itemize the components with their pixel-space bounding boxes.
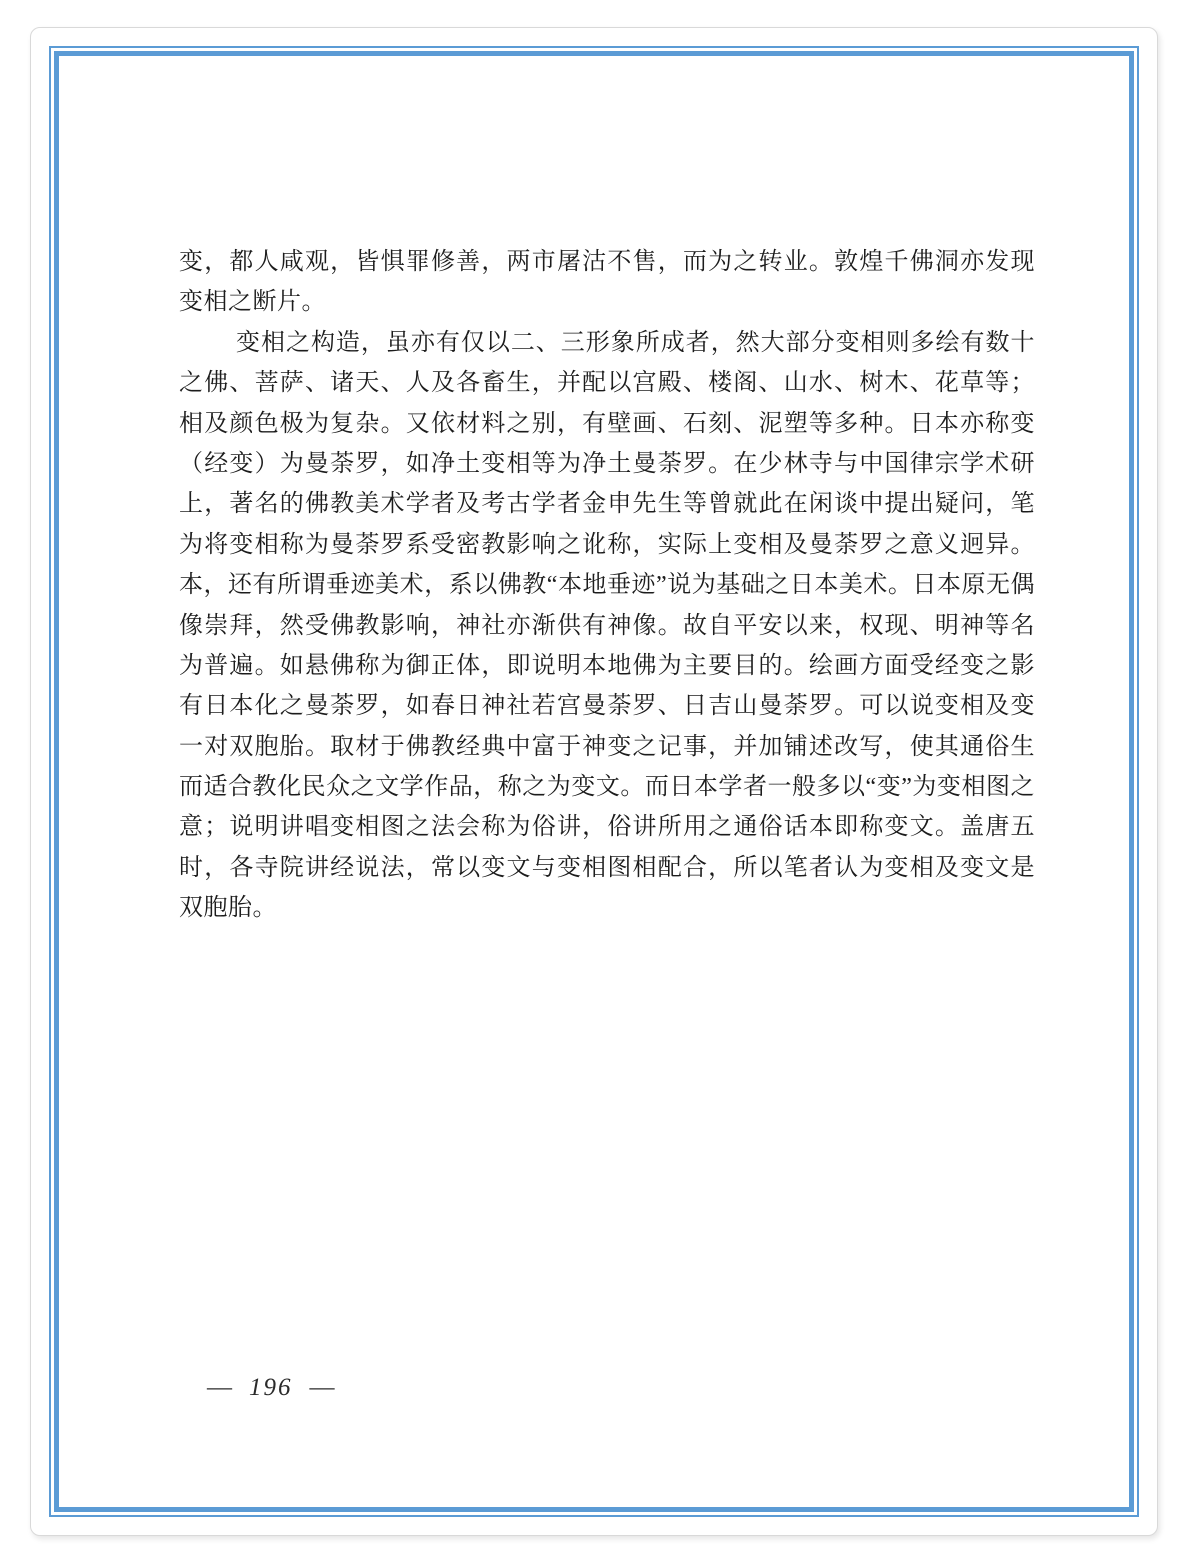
text-line: 相及颜色极为复杂。又依材料之别，有壁画、石刻、泥塑等多种。日本亦称变相 bbox=[179, 404, 1035, 444]
book-page: 变，都人咸观，皆惧罪修善，两市屠沽不售，而为之转业。敦煌千佛洞亦发现此种变相之断… bbox=[30, 27, 1158, 1536]
text-line: 本，还有所谓垂迹美术，系以佛教“本地垂迹”说为基础之日本美术。日本原无偶 bbox=[179, 565, 1035, 605]
footer-dash-left: — bbox=[207, 1374, 232, 1402]
text-line: 之佛、菩萨、诸天、人及各畜生，并配以宫殿、楼阁、山水、树木、花草等；其图 bbox=[179, 363, 1035, 403]
text-line: 为将变相称为曼荼罗系受密教影响之讹称，实际上变相及曼荼罗之意义迥异。在日 bbox=[179, 525, 1035, 565]
text-line: 上，著名的佛教美术学者及考古学者金申先生等曾就此在闲谈中提出疑问，笔者以 bbox=[179, 484, 1035, 524]
page-number: — 196 — bbox=[207, 1374, 335, 1402]
text-line: 双胞胎。 bbox=[179, 888, 1035, 928]
text-line: 变相之断片。 bbox=[179, 282, 1035, 322]
text-line: 有日本化之曼荼罗，如春日神社若宫曼荼罗、日吉山曼荼罗。可以说变相及变文是 bbox=[179, 686, 1035, 726]
text-line: 变，都人咸观，皆惧罪修善，两市屠沽不售，而为之转业。敦煌千佛洞亦发现此种 bbox=[179, 242, 1035, 282]
footer-dash-right: — bbox=[310, 1374, 335, 1402]
text-line: 一对双胞胎。取材于佛教经典中富于神变之记事，并加铺述改写，使其通俗生动， bbox=[179, 727, 1035, 767]
text-line: 像崇拜，然受佛教影响，神社亦渐供有神像。故自平安以来，权现、明神等名称极 bbox=[179, 606, 1035, 646]
page-number-value: 196 bbox=[249, 1374, 293, 1402]
text-line: 而适合教化民众之文学作品，称之为变文。而日本学者一般多以“变”为变相图之 bbox=[179, 767, 1035, 807]
page-body-text: 变，都人咸观，皆惧罪修善，两市屠沽不售，而为之转业。敦煌千佛洞亦发现此种变相之断… bbox=[179, 242, 1035, 929]
text-line: 为普遍。如悬佛称为御正体，即说明本地佛为主要目的。绘画方面受经变之影响， bbox=[179, 646, 1035, 686]
text-line: （经变）为曼荼罗，如净土变相等为净土曼荼罗。在少林寺与中国律宗学术研究会 bbox=[179, 444, 1035, 484]
text-line: 意；说明讲唱变相图之法会称为俗讲，俗讲所用之通俗话本即称变文。盖唐五代 bbox=[179, 807, 1035, 847]
page-background: { "colors": { "border_blue": "#5b9bd5", … bbox=[0, 0, 1188, 1566]
text-line: 时，各寺院讲经说法，常以变文与变相图相配合，所以笔者认为变相及变文是一对 bbox=[179, 848, 1035, 888]
text-line: 变相之构造，虽亦有仅以二、三形象所成者，然大部分变相则多绘有数十百尊 bbox=[179, 323, 1035, 363]
